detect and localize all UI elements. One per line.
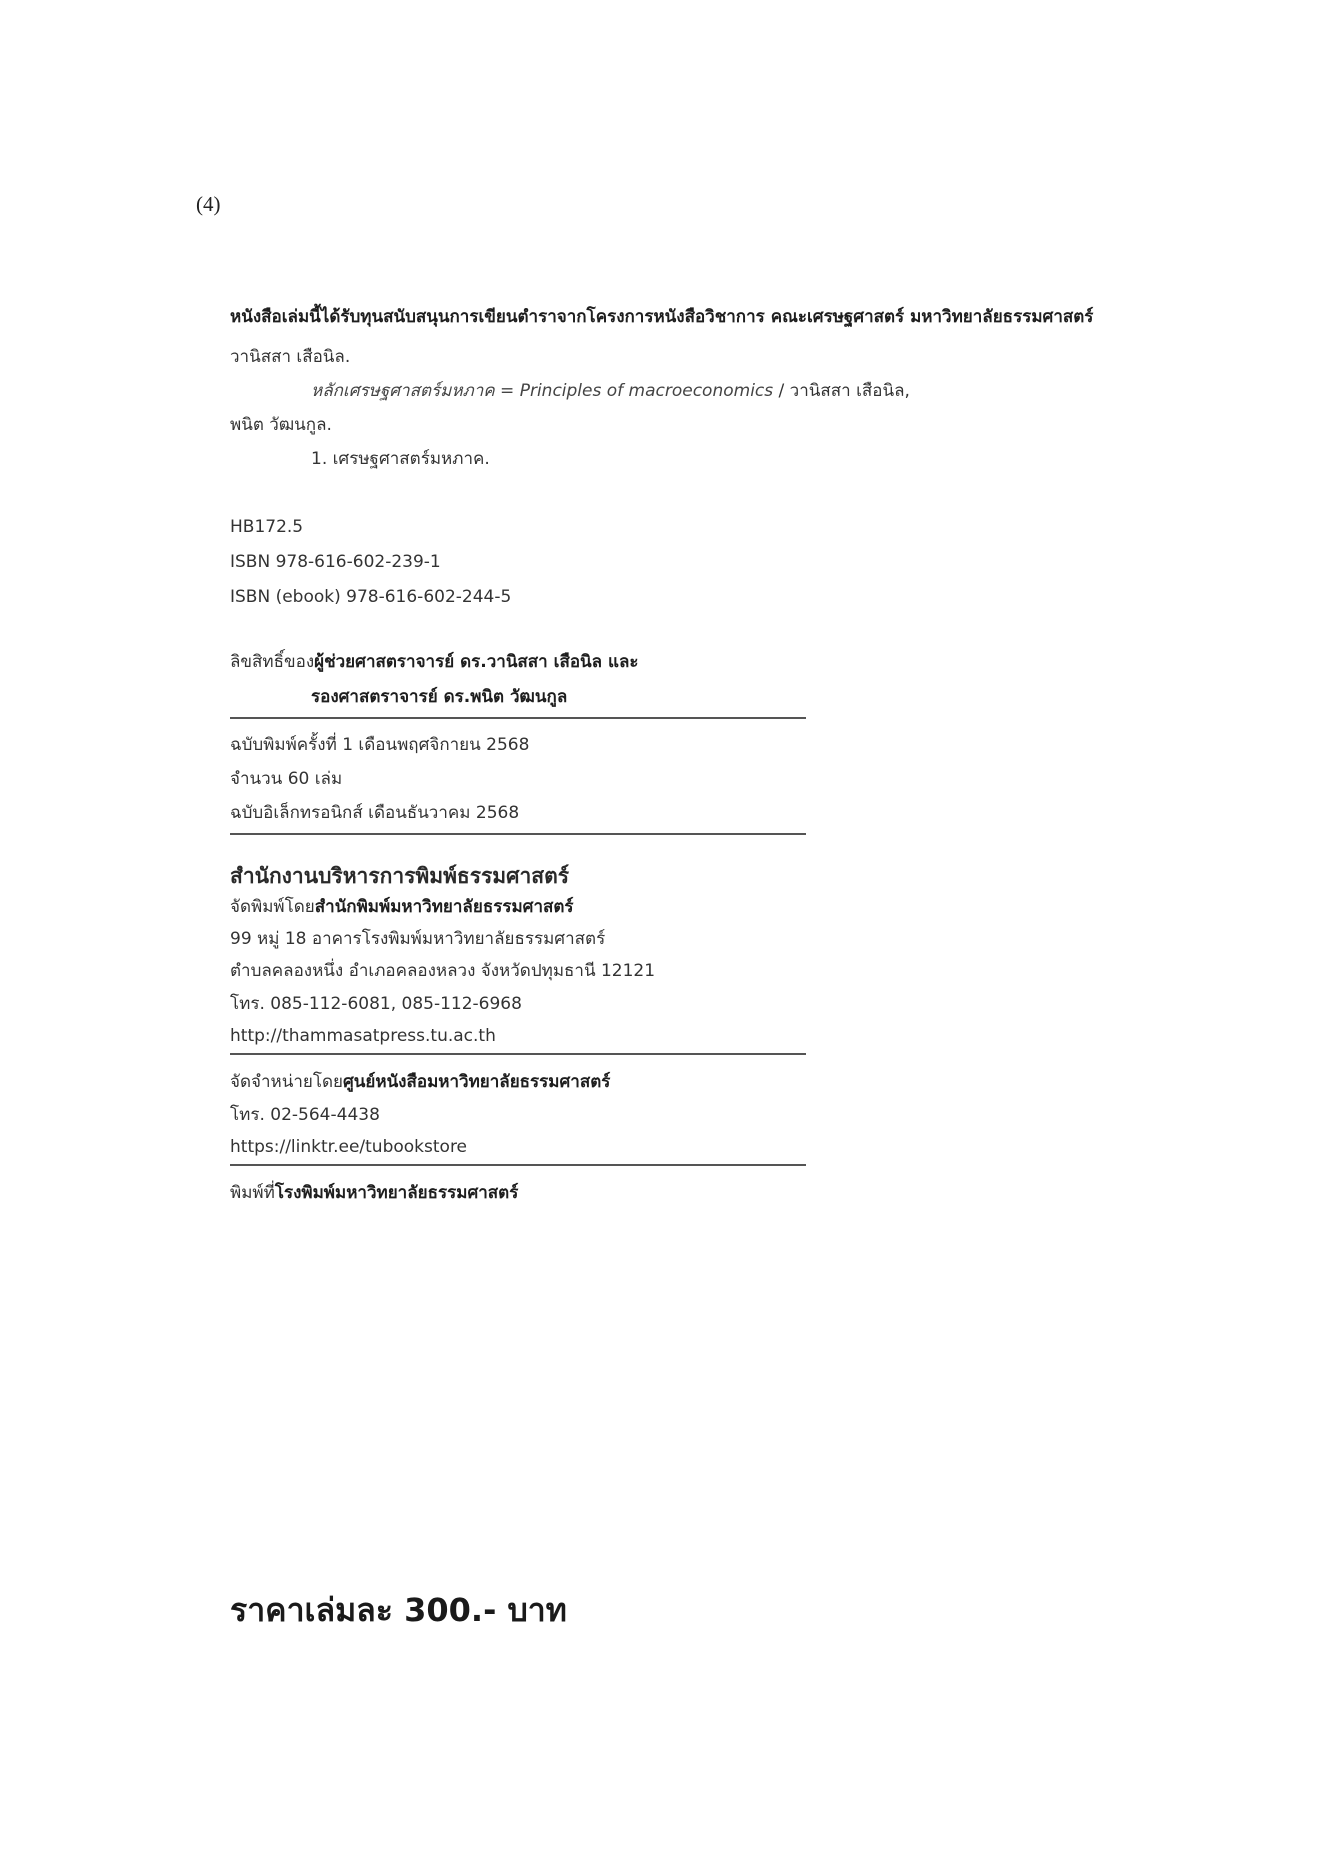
printer-prefix: พิมพ์ที่	[230, 1183, 275, 1203]
catalog-title: หลักเศรษฐศาสตร์มหภาค = Principles of mac…	[311, 380, 910, 402]
publisher-address-1: 99 หมู่ 18 อาคารโรงพิมพ์มหาวิทยาลัยธรรมศ…	[230, 928, 605, 950]
catalog-author: วานิสสา เสือนิล.	[230, 346, 350, 368]
published-by-prefix: จัดพิมพ์โดย	[230, 897, 315, 917]
publisher-url[interactable]: http://thammasatpress.tu.ac.th	[230, 1025, 496, 1047]
funding-note: หนังสือเล่มนี้ได้รับทุนสนับสนุนการเขียนต…	[230, 306, 1093, 328]
distributor: จัดจำหน่ายโดยศูนย์หนังสือมหาวิทยาลัยธรรม…	[230, 1071, 610, 1093]
edition-copies: จำนวน 60 เล่ม	[230, 768, 342, 790]
copyright-holder-1: ผู้ช่วยศาสตราจารย์ ดร.วานิสสา เสือนิล แล…	[314, 652, 638, 672]
publisher-office: สำนักงานบริหารการพิมพ์ธรรมศาสตร์	[230, 860, 569, 893]
edition-first-print: ฉบับพิมพ์ครั้งที่ 1 เดือนพฤศจิกายน 2568	[230, 734, 529, 756]
published-by-name: สำนักพิมพ์มหาวิทยาลัยธรรมศาสตร์	[315, 897, 574, 917]
distributor-url[interactable]: https://linktr.ee/tubookstore	[230, 1136, 467, 1158]
catalog-subject: 1. เศรษฐศาสตร์มหภาค.	[311, 448, 490, 470]
price: ราคาเล่มละ 300.- บาท	[230, 1585, 567, 1636]
catalog-title-responsibility: / วานิสสา เสือนิล,	[773, 381, 910, 401]
publisher-address-2: ตำบลคลองหนึ่ง อำเภอคลองหลวง จังหวัดปทุมธ…	[230, 960, 655, 982]
document-page: (4) หนังสือเล่มนี้ได้รับทุนสนับสนุนการเข…	[0, 0, 1319, 1867]
published-by: จัดพิมพ์โดยสำนักพิมพ์มหาวิทยาลัยธรรมศาสต…	[230, 896, 574, 918]
edition-electronic: ฉบับอิเล็กทรอนิกส์ เดือนธันวาคม 2568	[230, 802, 519, 824]
call-number: HB172.5	[230, 516, 303, 538]
publisher-phone: โทร. 085-112-6081, 085-112-6968	[230, 993, 522, 1015]
printer-name: โรงพิมพ์มหาวิทยาลัยธรรมศาสตร์	[275, 1183, 519, 1203]
divider	[230, 833, 806, 835]
divider	[230, 1164, 806, 1166]
isbn-ebook: ISBN (ebook) 978-616-602-244-5	[230, 586, 511, 608]
copyright-line-1: ลิขสิทธิ์ของผู้ช่วยศาสตราจารย์ ดร.วานิสส…	[230, 651, 639, 673]
copyright-holder-2: รองศาสตราจารย์ ดร.พนิต วัฒนกูล	[311, 686, 567, 708]
printer: พิมพ์ที่โรงพิมพ์มหาวิทยาลัยธรรมศาสตร์	[230, 1182, 518, 1204]
catalog-title-text: หลักเศรษฐศาสตร์มหภาค = Principles of mac…	[311, 381, 773, 401]
divider	[230, 1053, 806, 1055]
catalog-coauthor: พนิต วัฒนกูล.	[230, 414, 332, 436]
isbn: ISBN 978-616-602-239-1	[230, 551, 441, 573]
divider	[230, 717, 806, 719]
distributor-phone: โทร. 02-564-4438	[230, 1104, 380, 1126]
distributor-prefix: จัดจำหน่ายโดย	[230, 1072, 343, 1092]
copyright-prefix: ลิขสิทธิ์ของ	[230, 652, 314, 672]
distributor-name: ศูนย์หนังสือมหาวิทยาลัยธรรมศาสตร์	[343, 1072, 610, 1092]
page-number: (4)	[196, 192, 221, 217]
